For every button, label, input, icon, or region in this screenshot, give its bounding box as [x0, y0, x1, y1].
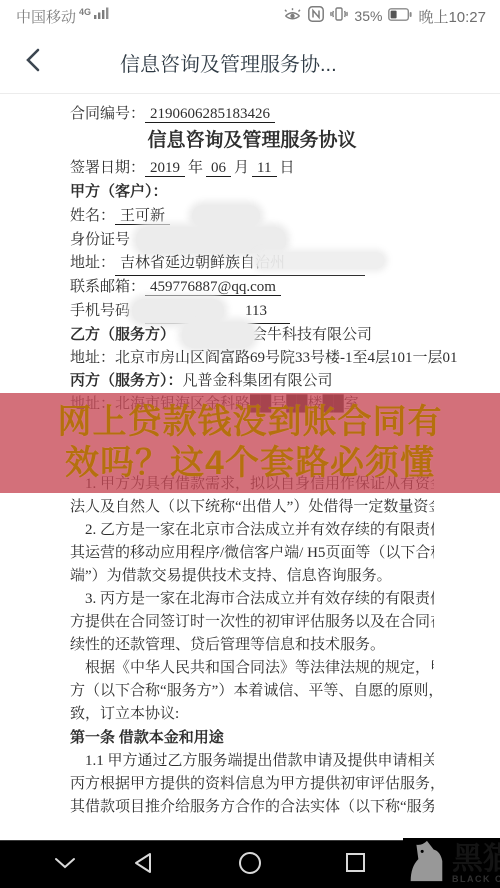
- contract-line: 法人及自然人（以下统称“出借人”）处借得一定数量资金的自然人。: [70, 496, 434, 519]
- section-heading: 第一条 借款本金和用途: [70, 726, 434, 750]
- address-b-row: 地址：北京市房山区阎富路69号院33号楼-1至4层101一层01: [70, 347, 434, 370]
- party-b-company: 京会牛科技有限公司: [237, 327, 372, 343]
- party-c-heading: 丙方（服务方）：: [70, 373, 183, 389]
- android-back-button[interactable]: [115, 841, 171, 888]
- address-b-value: 北京市房山区阎富路69号院33号楼-1至4层101一层01: [115, 350, 458, 366]
- redaction-blob: [192, 205, 260, 227]
- headline-line-2: 效吗？这4个套路必须懂: [0, 443, 500, 484]
- contract-line: 其运营的移动应用程序/微信客户端/ H5页面等（以下合称“乙方服务: [70, 542, 434, 565]
- back-triangle-icon: [133, 852, 153, 879]
- black-cat-watermark: 黑猫 BLACK CAT: [403, 838, 500, 888]
- party-b-row: 乙方（服务方） 京会牛科技有限公司: [70, 323, 434, 347]
- contract-number-value: 2190606285183426: [145, 106, 275, 123]
- contract-line: 方（以下合称“服务方”）本着诚信、平等、自愿的原则，经协商一: [70, 680, 434, 703]
- back-button[interactable]: [18, 47, 48, 77]
- contract-line: 2. 乙方是一家在北京市合法成立并有效存续的有限责任公司，通过: [70, 519, 434, 542]
- contract-line: 方提供在合同签订时一次性的初审评估服务以及在合同存续期间内持: [70, 611, 434, 634]
- clock-label: 晚上10:27: [418, 6, 486, 27]
- email-row: 联系邮箱：459776887@qq.com: [70, 275, 434, 299]
- party-c-company: 凡普金科集团有限公司: [183, 373, 333, 389]
- watermark-subtitle-label: BLACK CAT: [452, 874, 500, 884]
- redaction-blob: [136, 227, 286, 253]
- contract-line: 致，订立本协议:: [70, 703, 434, 726]
- party-b-heading: 乙方（服务方）: [70, 327, 175, 343]
- chevron-left-icon: [26, 48, 40, 77]
- redaction-blob: [132, 299, 224, 323]
- contract-line: 其借款项目推介给服务方合作的合法实体（以下称“服务合作方”）以: [70, 796, 434, 819]
- party-c-row: 丙方（服务方）：凡普金科集团有限公司: [70, 370, 434, 393]
- watermark-name-label: 黑猫: [452, 843, 500, 874]
- email-label: 联系邮箱：: [70, 279, 145, 295]
- day-unit: 日: [277, 160, 298, 176]
- android-recents-button[interactable]: [327, 841, 383, 888]
- name-value: 王可新: [115, 208, 170, 225]
- phone-screen: 中国移动 4G: [0, 0, 500, 888]
- status-bar: 中国移动 4G: [0, 0, 500, 32]
- name-label: 姓名：: [70, 208, 115, 224]
- contract-title: 信息咨询及管理服务协议: [70, 126, 434, 156]
- page-title: 信息咨询及管理服务协...: [120, 48, 337, 77]
- address-a-row: 地址：吉林省延边朝鲜族自治州: [70, 252, 434, 275]
- android-home-button[interactable]: [222, 841, 278, 888]
- battery-icon: [388, 8, 412, 25]
- redaction-blob: [255, 252, 385, 269]
- phone-row: 手机号码： 113: [70, 299, 434, 323]
- id-label: 身份证号: [70, 232, 130, 248]
- network-type-label: 4G: [79, 8, 91, 17]
- sign-date-row: 签署日期：2019年06月11日: [70, 156, 434, 180]
- phone-value: 113: [245, 303, 267, 319]
- contract-line: 1.1 甲方通过乙方服务端提出借款申请及提供申请相关资料信息，由: [70, 750, 434, 773]
- contract-line: 根据《中华人民共和国合同法》等法律法规的规定，甲方与乙丙双: [70, 657, 434, 680]
- black-cat-logo-icon: [403, 838, 449, 888]
- contract-line: 端”）为借款交易提供技术支持、信息咨询服务。: [70, 565, 434, 588]
- redaction-blob: [182, 322, 254, 348]
- recents-square-icon: [345, 852, 366, 878]
- address-a-label: 地址：: [70, 255, 115, 271]
- app-nav-bar: 信息咨询及管理服务协...: [0, 32, 500, 94]
- contract-line: 续性的还款管理、贷后管理等信息和技术服务。: [70, 634, 434, 657]
- carrier-label: 中国移动: [16, 6, 76, 27]
- party-a-heading: 甲方（客户）：: [70, 180, 434, 204]
- eye-comfort-icon: [283, 7, 302, 26]
- email-value: 459776887@qq.com: [145, 279, 281, 296]
- contract-number-row: 合同编号：2190606285183426: [70, 102, 434, 126]
- headline-line-1: 网上贷款钱没到账合同有: [0, 402, 500, 443]
- sign-year-value: 2019: [145, 160, 185, 177]
- vibrate-icon: [330, 6, 348, 26]
- hide-navbar-button[interactable]: [37, 841, 93, 888]
- name-row: 姓名：王可新: [70, 204, 434, 228]
- signal-bars-icon: [94, 6, 110, 24]
- id-number-row: 身份证号: [70, 228, 434, 252]
- address-b-label: 地址：: [70, 350, 115, 366]
- month-unit: 月: [231, 160, 252, 176]
- contract-line: 丙方根据甲方提供的资料信息为甲方提供初审评估服务，并将甲方及: [70, 773, 434, 796]
- contract-line: 3. 丙方是一家在北海市合法成立并有效存续的有限责任公司，为甲: [70, 588, 434, 611]
- year-unit: 年: [185, 160, 206, 176]
- sign-date-label: 签署日期：: [70, 160, 145, 176]
- sign-month-value: 06: [206, 160, 231, 177]
- headline-overlay-band: 网上贷款钱没到账合同有 效吗？这4个套路必须懂: [0, 393, 500, 493]
- sign-day-value: 11: [252, 160, 276, 177]
- home-circle-icon: [238, 851, 262, 880]
- battery-percent-label: 35%: [354, 8, 382, 24]
- chevron-down-icon: [54, 856, 76, 874]
- nfc-icon: [308, 6, 324, 26]
- contract-number-label: 合同编号：: [70, 106, 145, 122]
